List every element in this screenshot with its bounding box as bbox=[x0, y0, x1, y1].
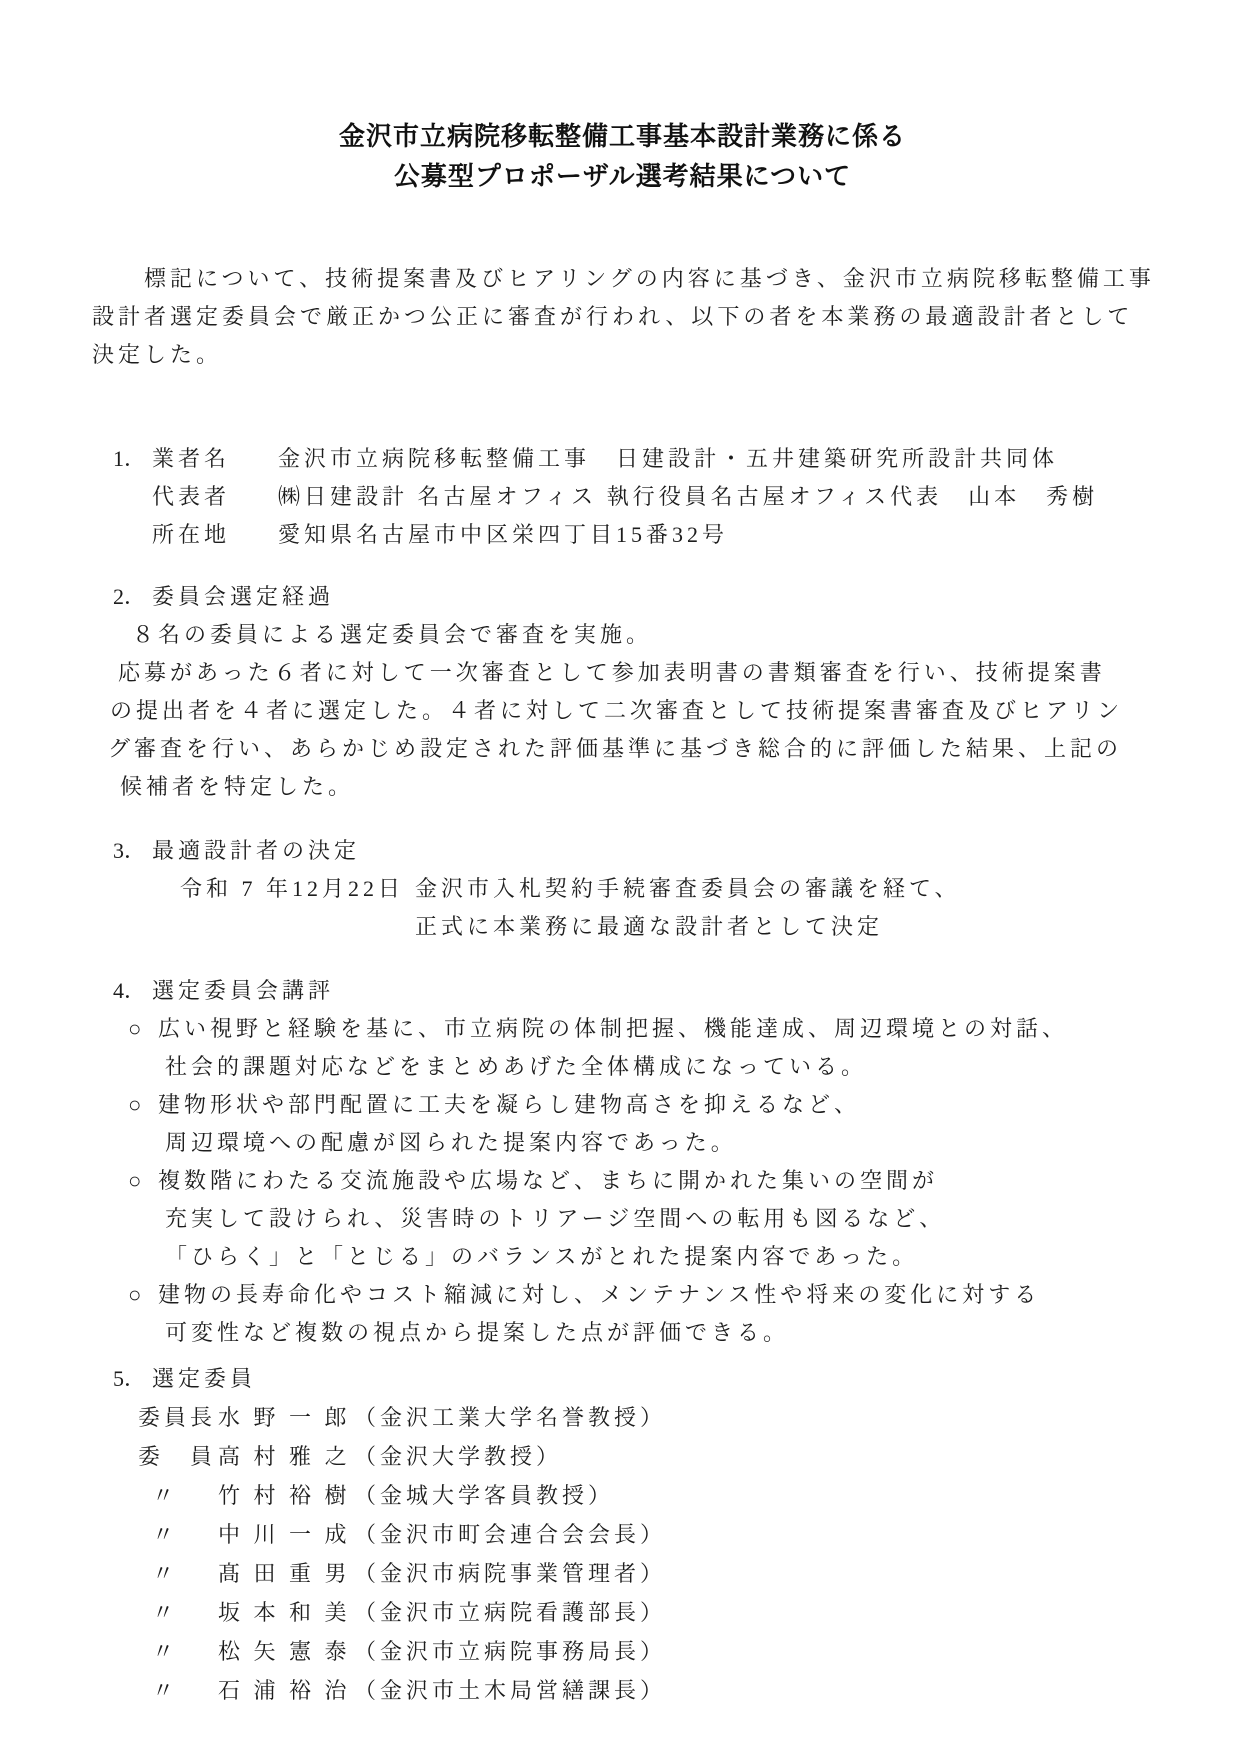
process-line: の提出者を４者に選定した。４者に対して二次審査として技術提案書審査及びヒアリン bbox=[92, 692, 1153, 730]
section4-heading: 4．選定委員会講評 bbox=[92, 972, 1153, 1010]
decision-date bbox=[180, 908, 415, 946]
section5-number: 5． bbox=[113, 1360, 152, 1398]
section4-heading-text: 選定委員会講評 bbox=[152, 978, 334, 1003]
vendor-label: 所在地 bbox=[152, 516, 278, 554]
member-name: 髙 田 重 男 bbox=[218, 1554, 354, 1593]
member-row: 〃松 矢 憲 泰（金沢市立病院事務局長） bbox=[92, 1632, 1153, 1671]
section3-heading-text: 最適設計者の決定 bbox=[152, 838, 360, 863]
review-text: 可変性など複数の視点から提案した点が評価できる。 bbox=[165, 1320, 789, 1345]
vendor-value: 金沢市立病院移転整備工事 日建設計・五井建築研究所設計共同体 bbox=[278, 440, 1058, 478]
review-text: 建物形状や部門配置に工夫を凝らし建物高さを抑えるなど、 bbox=[158, 1092, 860, 1117]
member-name: 高 村 雅 之 bbox=[218, 1437, 354, 1476]
section-decision: 3．最適設計者の決定 令和 7 年12月22日金沢市入札契約手続審査委員会の審議… bbox=[92, 832, 1153, 946]
section1-number bbox=[113, 516, 152, 554]
vendor-value: ㈱日建設計 名古屋オフィス 執行役員名古屋オフィス代表 山本 秀樹 bbox=[278, 478, 1098, 516]
review-line: 可変性など複数の視点から提案した点が評価できる。 bbox=[92, 1314, 1153, 1352]
member-name: 石 浦 裕 治 bbox=[218, 1671, 354, 1710]
vendor-label: 代表者 bbox=[152, 478, 278, 516]
process-lines: ８名の委員による選定委員会で審査を実施。応募があった６者に対して一次審査として参… bbox=[92, 616, 1153, 806]
section1-number: 1． bbox=[113, 440, 152, 478]
review-line: ○建物形状や部門配置に工夫を凝らし建物高さを抑えるなど、 bbox=[92, 1086, 1153, 1124]
member-row: 委員長水 野 一 郎（金沢工業大学名誉教授） bbox=[92, 1398, 1153, 1437]
review-text: 「ひらく」と「とじる」のバランスがとれた提案内容であった。 bbox=[165, 1244, 918, 1269]
member-affiliation: （金沢市町会連合会会長） bbox=[354, 1515, 666, 1554]
member-role: 〃 bbox=[138, 1554, 218, 1593]
document-title-line2: 公募型プロポーザル選考結果について bbox=[92, 156, 1153, 196]
intro-paragraph: 標記について、技術提案書及びヒアリングの内容に基づき、金沢市立病院移転整備工事設… bbox=[92, 260, 1153, 374]
document-title-line1: 金沢市立病院移転整備工事基本設計業務に係る bbox=[92, 116, 1153, 156]
member-affiliation: （金沢工業大学名誉教授） bbox=[354, 1398, 666, 1437]
intro-line: 決定した。 bbox=[92, 336, 1153, 374]
vendor-row: 代表者㈱日建設計 名古屋オフィス 執行役員名古屋オフィス代表 山本 秀樹 bbox=[92, 478, 1153, 516]
vendor-rows: 1．業者名金沢市立病院移転整備工事 日建設計・五井建築研究所設計共同体代表者㈱日… bbox=[92, 440, 1153, 554]
section3-heading: 3．最適設計者の決定 bbox=[92, 832, 1153, 870]
section4-number: 4． bbox=[113, 972, 152, 1010]
member-row: 〃竹 村 裕 樹（金城大学客員教授） bbox=[92, 1476, 1153, 1515]
document-page: 金沢市立病院移転整備工事基本設計業務に係る 公募型プロポーザル選考結果について … bbox=[0, 0, 1241, 1754]
member-row: 〃髙 田 重 男（金沢市病院事業管理者） bbox=[92, 1554, 1153, 1593]
decision-line: 令和 7 年12月22日金沢市入札契約手続審査委員会の審議を経て、 bbox=[92, 870, 1153, 908]
member-row: 〃坂 本 和 美（金沢市立病院看護部長） bbox=[92, 1593, 1153, 1632]
decision-date: 令和 7 年12月22日 bbox=[180, 870, 415, 908]
vendor-value: 愛知県名古屋市中区栄四丁目15番32号 bbox=[278, 516, 728, 554]
review-line: 「ひらく」と「とじる」のバランスがとれた提案内容であった。 bbox=[92, 1238, 1153, 1276]
section-committee-review: 4．選定委員会講評 ○広い視野と経験を基に、市立病院の体制把握、機能達成、周辺環… bbox=[92, 972, 1153, 1352]
review-line: 社会的課題対応などをまとめあげた全体構成になっている。 bbox=[92, 1048, 1153, 1086]
member-role: 委 員 bbox=[138, 1437, 218, 1476]
review-line: ○複数階にわたる交流施設や広場など、まちに開かれた集いの空間が bbox=[92, 1162, 1153, 1200]
circle-bullet-icon: ○ bbox=[128, 1162, 158, 1200]
section2-heading-text: 委員会選定経過 bbox=[152, 584, 334, 609]
decision-lines: 令和 7 年12月22日金沢市入札契約手続審査委員会の審議を経て、正式に本業務に… bbox=[92, 870, 1153, 946]
review-text: 建物の長寿命化やコスト縮減に対し、メンテナンス性や将来の変化に対する bbox=[158, 1282, 1040, 1307]
process-line: 候補者を特定した。 bbox=[92, 768, 1153, 806]
decision-text: 正式に本業務に最適な設計者として決定 bbox=[415, 908, 883, 946]
member-role: 〃 bbox=[138, 1632, 218, 1671]
review-text: 社会的課題対応などをまとめあげた全体構成になっている。 bbox=[165, 1054, 867, 1079]
member-name: 水 野 一 郎 bbox=[218, 1398, 354, 1437]
section-vendor: 1．業者名金沢市立病院移転整備工事 日建設計・五井建築研究所設計共同体代表者㈱日… bbox=[92, 440, 1153, 554]
member-affiliation: （金沢市土木局営繕課長） bbox=[354, 1671, 666, 1710]
member-rows: 委員長水 野 一 郎（金沢工業大学名誉教授）委 員高 村 雅 之（金沢大学教授）… bbox=[92, 1398, 1153, 1710]
process-line: ８名の委員による選定委員会で審査を実施。 bbox=[92, 616, 1153, 654]
review-line: ○建物の長寿命化やコスト縮減に対し、メンテナンス性や将来の変化に対する bbox=[92, 1276, 1153, 1314]
member-name: 坂 本 和 美 bbox=[218, 1593, 354, 1632]
member-name: 竹 村 裕 樹 bbox=[218, 1476, 354, 1515]
circle-bullet-icon: ○ bbox=[128, 1010, 158, 1048]
member-role: 〃 bbox=[138, 1593, 218, 1632]
section5-heading-text: 選定委員 bbox=[152, 1366, 256, 1391]
member-role: 〃 bbox=[138, 1671, 218, 1710]
member-affiliation: （金沢市立病院看護部長） bbox=[354, 1593, 666, 1632]
member-affiliation: （金沢大学教授） bbox=[354, 1437, 562, 1476]
review-line: 充実して設けられ、災害時のトリアージ空間への転用も図るなど、 bbox=[92, 1200, 1153, 1238]
document-title: 金沢市立病院移転整備工事基本設計業務に係る 公募型プロポーザル選考結果について bbox=[92, 0, 1153, 196]
section-committee-members: 5．選定委員 委員長水 野 一 郎（金沢工業大学名誉教授）委 員高 村 雅 之（… bbox=[92, 1360, 1153, 1710]
member-row: 〃中 川 一 成（金沢市町会連合会会長） bbox=[92, 1515, 1153, 1554]
member-role: 〃 bbox=[138, 1515, 218, 1554]
section-selection-process: 2．委員会選定経過 ８名の委員による選定委員会で審査を実施。応募があった６者に対… bbox=[92, 578, 1153, 806]
section3-number: 3． bbox=[113, 832, 152, 870]
intro-line: 設計者選定委員会で厳正かつ公正に審査が行われ、以下の者を本業務の最適設計者として bbox=[92, 298, 1153, 336]
intro-line: 標記について、技術提案書及びヒアリングの内容に基づき、金沢市立病院移転整備工事 bbox=[92, 260, 1153, 298]
section5-heading: 5．選定委員 bbox=[92, 1360, 1153, 1398]
member-row: 委 員高 村 雅 之（金沢大学教授） bbox=[92, 1437, 1153, 1476]
circle-bullet-icon: ○ bbox=[128, 1276, 158, 1314]
member-affiliation: （金沢市病院事業管理者） bbox=[354, 1554, 666, 1593]
member-role: 〃 bbox=[138, 1476, 218, 1515]
process-line: 応募があった６者に対して一次審査として参加表明書の書類審査を行い、技術提案書 bbox=[92, 654, 1153, 692]
vendor-row: 1．業者名金沢市立病院移転整備工事 日建設計・五井建築研究所設計共同体 bbox=[92, 440, 1153, 478]
decision-text: 金沢市入札契約手続審査委員会の審議を経て、 bbox=[415, 870, 961, 908]
review-text: 広い視野と経験を基に、市立病院の体制把握、機能達成、周辺環境との対話、 bbox=[158, 1016, 1068, 1041]
member-name: 中 川 一 成 bbox=[218, 1515, 354, 1554]
review-line: ○広い視野と経験を基に、市立病院の体制把握、機能達成、周辺環境との対話、 bbox=[92, 1010, 1153, 1048]
member-name: 松 矢 憲 泰 bbox=[218, 1632, 354, 1671]
vendor-label: 業者名 bbox=[152, 440, 278, 478]
section2-number: 2． bbox=[113, 578, 152, 616]
section2-heading: 2．委員会選定経過 bbox=[92, 578, 1153, 616]
member-affiliation: （金城大学客員教授） bbox=[354, 1476, 614, 1515]
decision-line: 正式に本業務に最適な設計者として決定 bbox=[92, 908, 1153, 946]
vendor-row: 所在地愛知県名古屋市中区栄四丁目15番32号 bbox=[92, 516, 1153, 554]
review-line: 周辺環境への配慮が図られた提案内容であった。 bbox=[92, 1124, 1153, 1162]
process-line: グ審査を行い、あらかじめ設定された評価基準に基づき総合的に評価した結果、上記の bbox=[92, 730, 1153, 768]
review-bullets: ○広い視野と経験を基に、市立病院の体制把握、機能達成、周辺環境との対話、社会的課… bbox=[92, 1010, 1153, 1352]
circle-bullet-icon: ○ bbox=[128, 1086, 158, 1124]
section1-number bbox=[113, 478, 152, 516]
review-text: 充実して設けられ、災害時のトリアージ空間への転用も図るなど、 bbox=[165, 1206, 945, 1231]
review-text: 周辺環境への配慮が図られた提案内容であった。 bbox=[165, 1130, 737, 1155]
member-affiliation: （金沢市立病院事務局長） bbox=[354, 1632, 666, 1671]
member-role: 委員長 bbox=[138, 1398, 218, 1437]
review-text: 複数階にわたる交流施設や広場など、まちに開かれた集いの空間が bbox=[158, 1168, 938, 1193]
member-row: 〃石 浦 裕 治（金沢市土木局営繕課長） bbox=[92, 1671, 1153, 1710]
